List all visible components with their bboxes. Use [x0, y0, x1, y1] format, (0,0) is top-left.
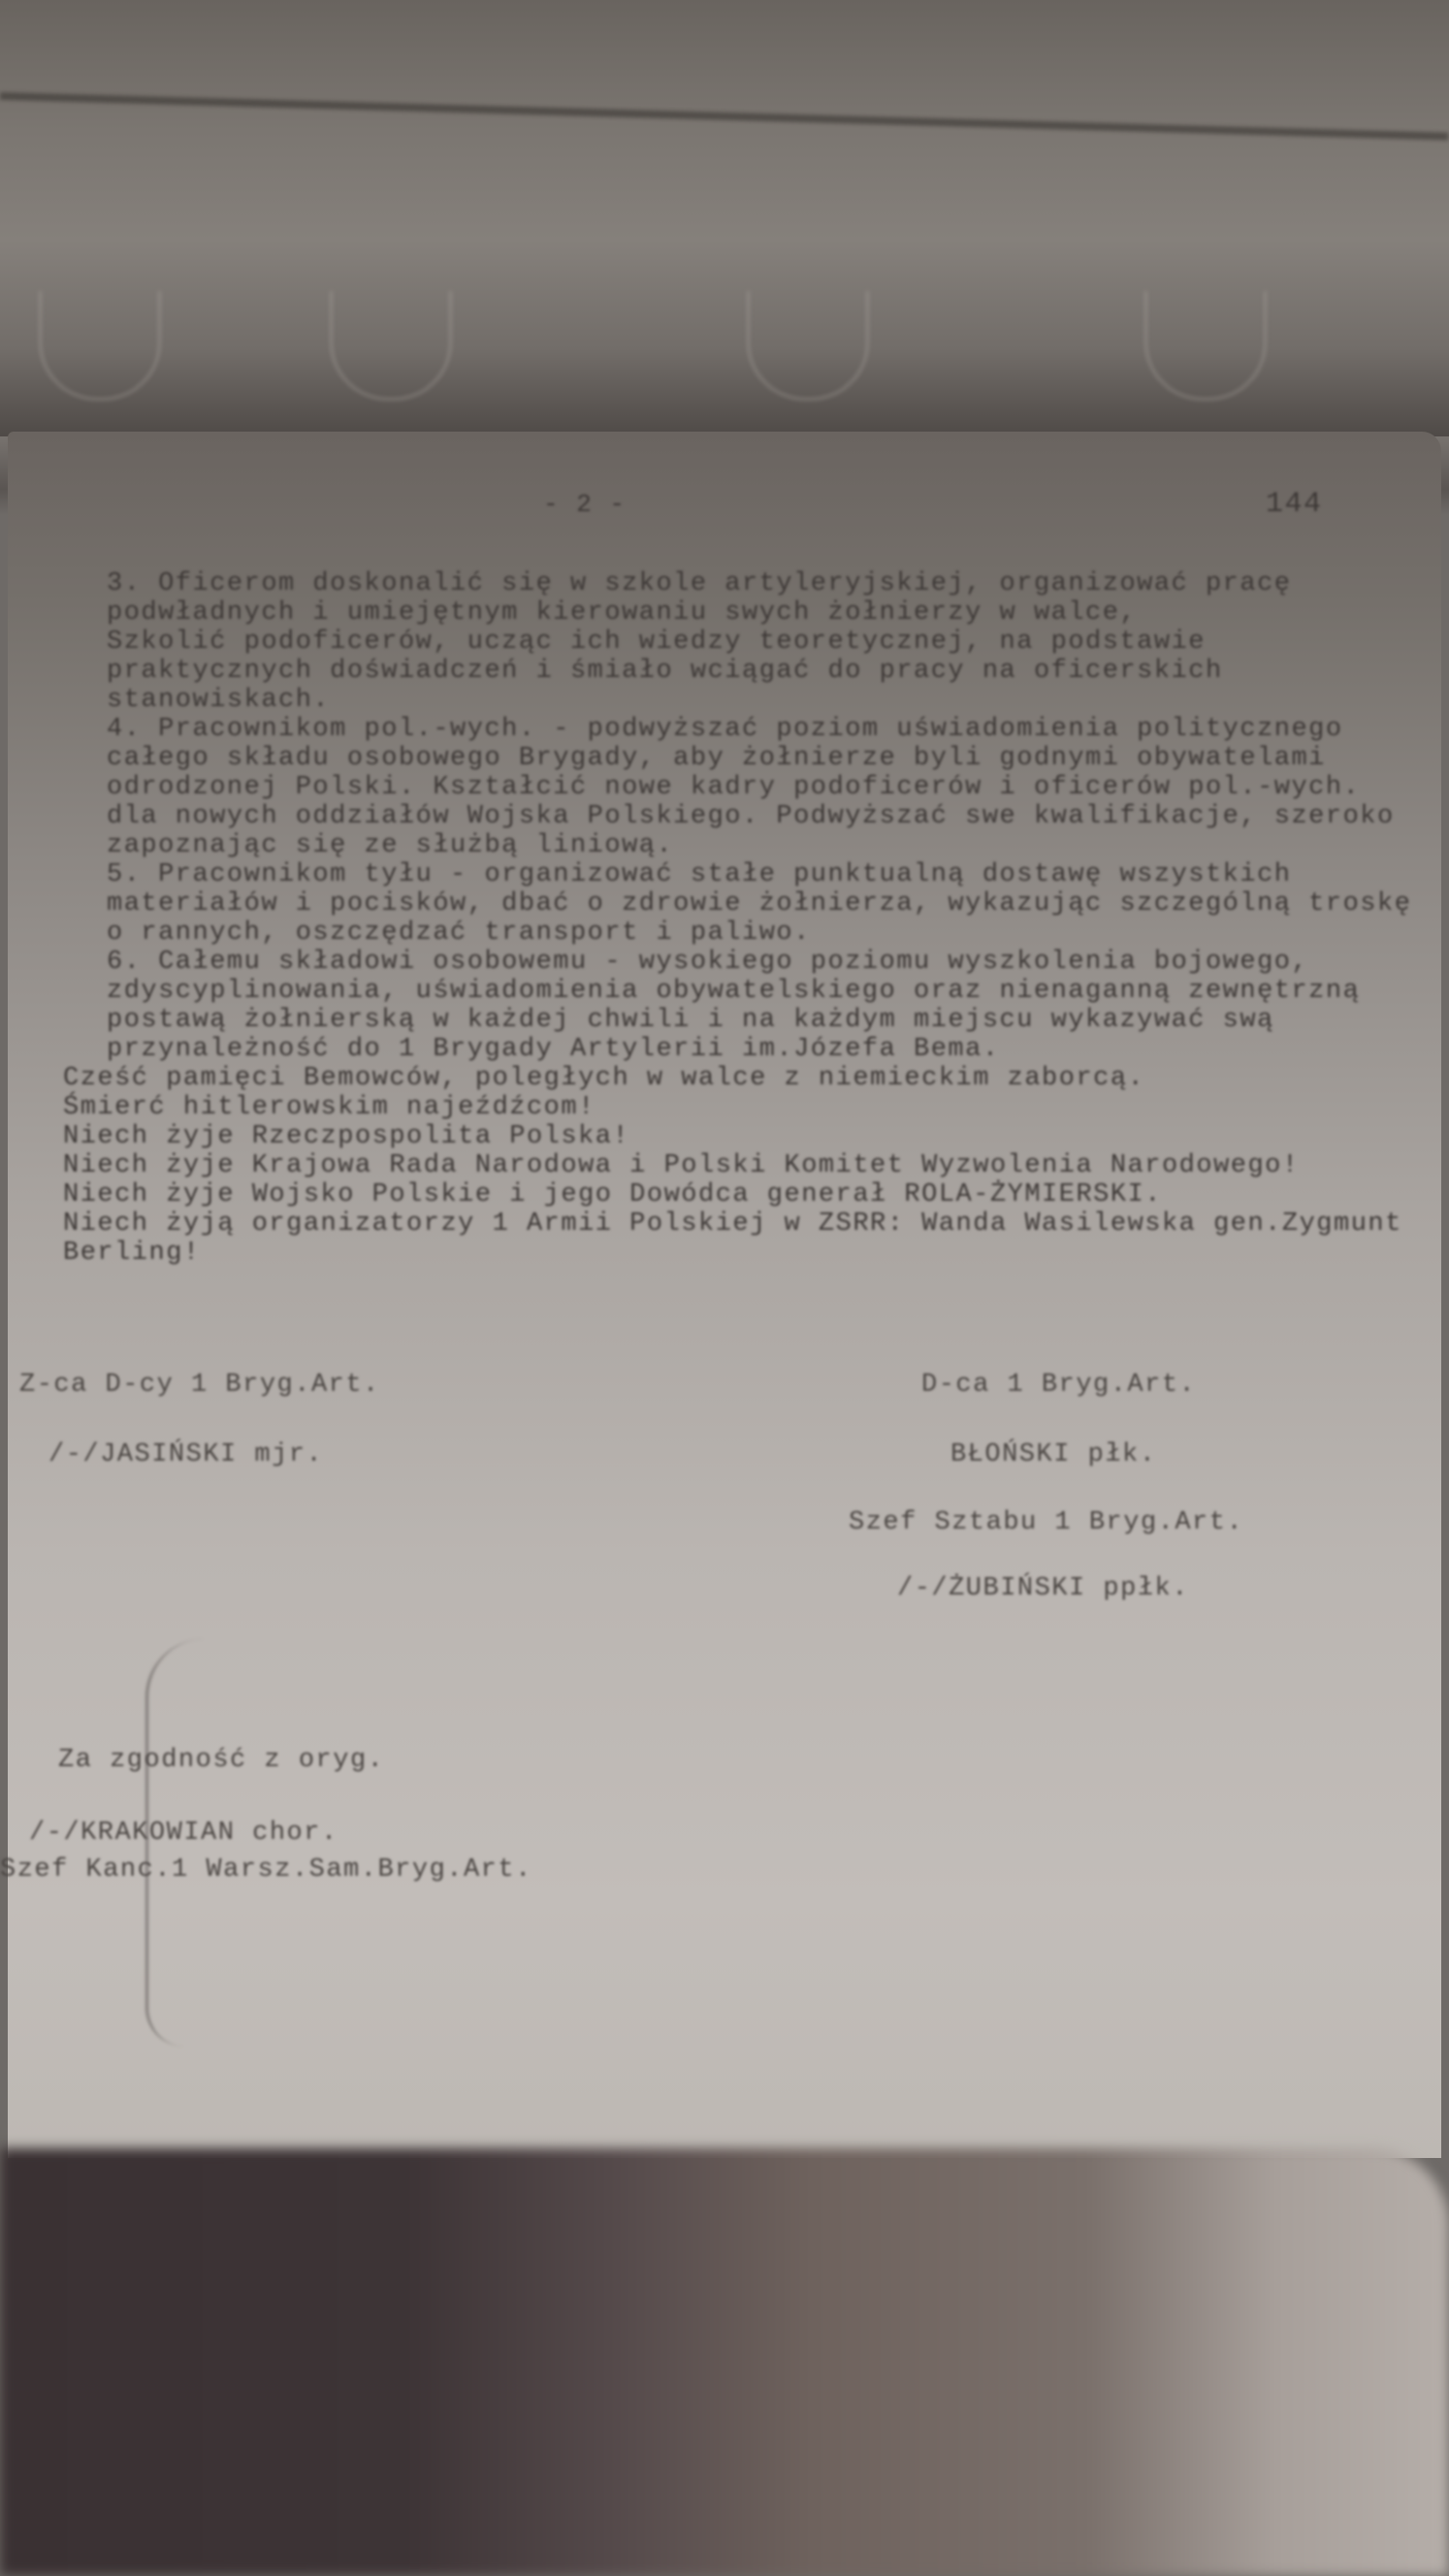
folio-number: 144: [1266, 490, 1323, 519]
paragraph-6: 6. Całemu składowi osobowemu - wysokiego…: [19, 948, 1416, 1064]
slogan: Cześć pamięci Bemowców, poległych w walc…: [19, 1064, 1416, 1093]
slogan: Niech żyje Krajowa Rada Narodowa i Polsk…: [19, 1151, 1416, 1180]
commander-title: D-ca 1 Bryg.Art.: [921, 1370, 1196, 1400]
binder-ring: [330, 291, 452, 401]
slogan: Niech żyje Rzeczpospolita Polska!: [19, 1122, 1416, 1151]
paragraph-4: 4. Pracownikom pol.-wych. - podwyższać p…: [19, 715, 1416, 860]
binder-edge: [0, 92, 1449, 141]
photographer-shadow: [0, 2148, 1449, 2576]
slogan: Niech żyje Wojsko Polskie i jego Dowódca…: [19, 1180, 1416, 1209]
page-number: - 2 -: [543, 490, 627, 519]
deputy-commander-title: Z-ca D-cy 1 Bryg.Art.: [19, 1370, 380, 1400]
chief-of-staff-name: /-/ŻUBIŃSKI ppłk.: [897, 1574, 1189, 1603]
binder-ring: [1144, 291, 1267, 401]
chief-of-staff-title: Szef Sztabu 1 Bryg.Art.: [849, 1508, 1243, 1537]
document-body: 3. Oficerom doskonalić się w szkole arty…: [19, 569, 1416, 1268]
slogan: Śmierć hitlerowskim najeźdźcom!: [19, 1093, 1416, 1122]
paragraph-3: 3. Oficerom doskonalić się w szkole arty…: [19, 569, 1416, 628]
commander-name: BŁOŃSKI płk.: [950, 1440, 1156, 1469]
paragraph-3b: Szkolić podoficerów, ucząc ich wiedzy te…: [19, 628, 1416, 715]
background-surface: [0, 0, 1449, 436]
binder-ring: [747, 291, 869, 401]
slogan: Niech żyją organizatorzy 1 Armii Polskie…: [19, 1209, 1416, 1268]
binder-ring: [39, 291, 161, 401]
paragraph-5: 5. Pracownikom tyłu - organizować stałe …: [19, 860, 1416, 948]
handwritten-signature: [145, 1639, 294, 2046]
deputy-commander-name: /-/JASIŃSKI mjr.: [48, 1440, 323, 1469]
